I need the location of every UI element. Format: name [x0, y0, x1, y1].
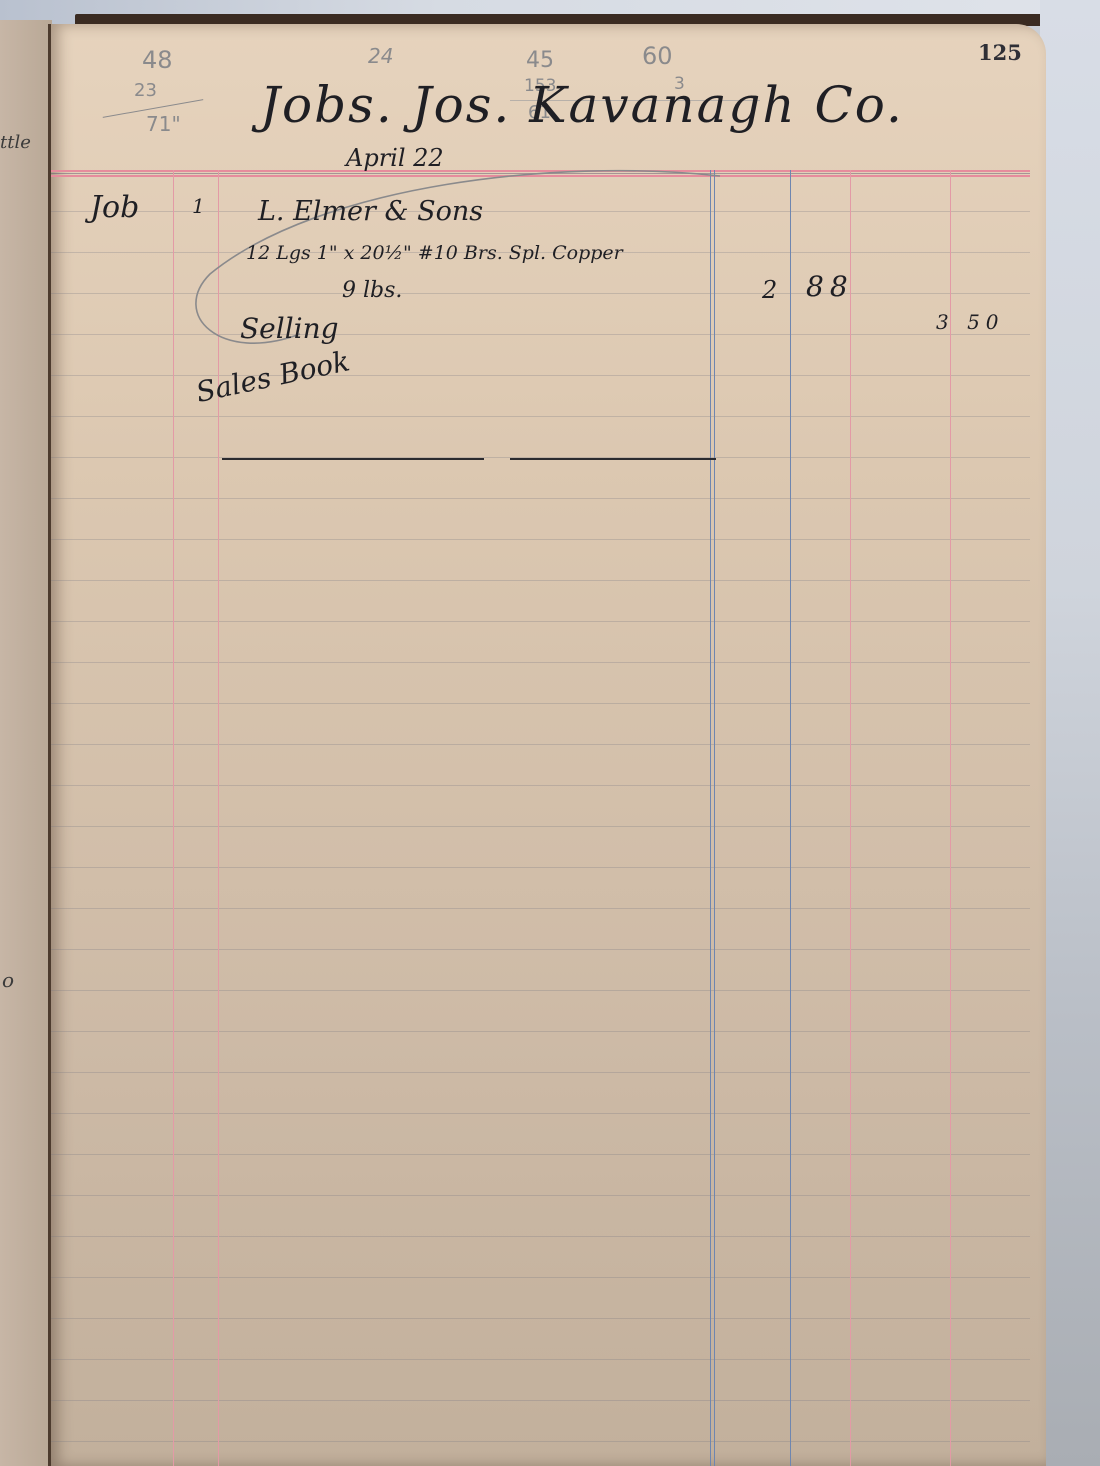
pencil-note-45: 45 [526, 48, 554, 73]
column-rule-cost-left-double [714, 170, 715, 1466]
ruled-line [50, 416, 1030, 417]
column-rule-selling-left [850, 170, 851, 1466]
ruled-line [50, 785, 1030, 786]
job-number: 1 [192, 194, 205, 218]
page-gutter [48, 24, 51, 1466]
ruled-line [50, 1359, 1030, 1360]
pencil-note-60: 60 [642, 42, 673, 70]
cost-cents: 88 [806, 270, 854, 303]
closing-rule-right [510, 458, 716, 460]
cost-dollars: 2 [762, 276, 777, 304]
ruled-line [50, 1318, 1030, 1319]
selling-price: 3 50 [936, 310, 1005, 334]
item-weight: 9 lbs. [342, 278, 402, 303]
ruled-line [50, 1113, 1030, 1114]
column-rule-description [218, 170, 219, 1466]
pencil-note-48: 48 [142, 46, 173, 74]
ruled-line [50, 580, 1030, 581]
ruled-line [50, 621, 1030, 622]
ruled-line [50, 1072, 1030, 1073]
ruled-line [50, 703, 1030, 704]
ruled-line [50, 1236, 1030, 1237]
customer-name: L. Elmer & Sons [258, 196, 483, 227]
ruled-line [50, 744, 1030, 745]
ledger-title: Jobs. Jos. Kavanagh Co. [260, 76, 904, 134]
page-number: 125 [978, 40, 1022, 65]
column-rule-date [173, 170, 174, 1466]
facing-left-page: ttle o [0, 20, 52, 1466]
left-page-fragment-top: ttle [0, 132, 31, 153]
entry-label-job: Job [90, 190, 139, 225]
ledger-page: 125 48 23 71" 24 45 153 61 60 3 Jobs. Jo… [50, 24, 1046, 1466]
item-description: 12 Lgs 1" x 20½" #10 Brs. Spl. Copper [246, 242, 623, 264]
background-desk [1040, 0, 1100, 1466]
ruled-line [50, 1154, 1030, 1155]
pencil-note-24: 24 [368, 44, 393, 68]
ruled-line [50, 867, 1030, 868]
ruled-line [50, 1400, 1030, 1401]
column-rule-cost-left [710, 170, 711, 1466]
ruled-line [50, 1277, 1030, 1278]
selling-label: Selling [240, 312, 339, 345]
pencil-note-23: 23 [134, 80, 157, 101]
ruled-line [50, 949, 1030, 950]
column-rule-selling-cents [950, 170, 951, 1466]
ruled-line [50, 1441, 1030, 1442]
ruled-line [50, 990, 1030, 991]
ruled-line [50, 498, 1030, 499]
ruled-line [50, 826, 1030, 827]
ruled-line [50, 908, 1030, 909]
pencil-note-71: 71" [146, 112, 181, 136]
column-rule-cost-cents [790, 170, 791, 1466]
ruled-line [50, 662, 1030, 663]
closing-rule-left [222, 458, 484, 460]
left-page-fragment-bottom: o [2, 968, 14, 992]
ruled-line [50, 539, 1030, 540]
ruled-line [50, 1195, 1030, 1196]
ruled-line [50, 1031, 1030, 1032]
